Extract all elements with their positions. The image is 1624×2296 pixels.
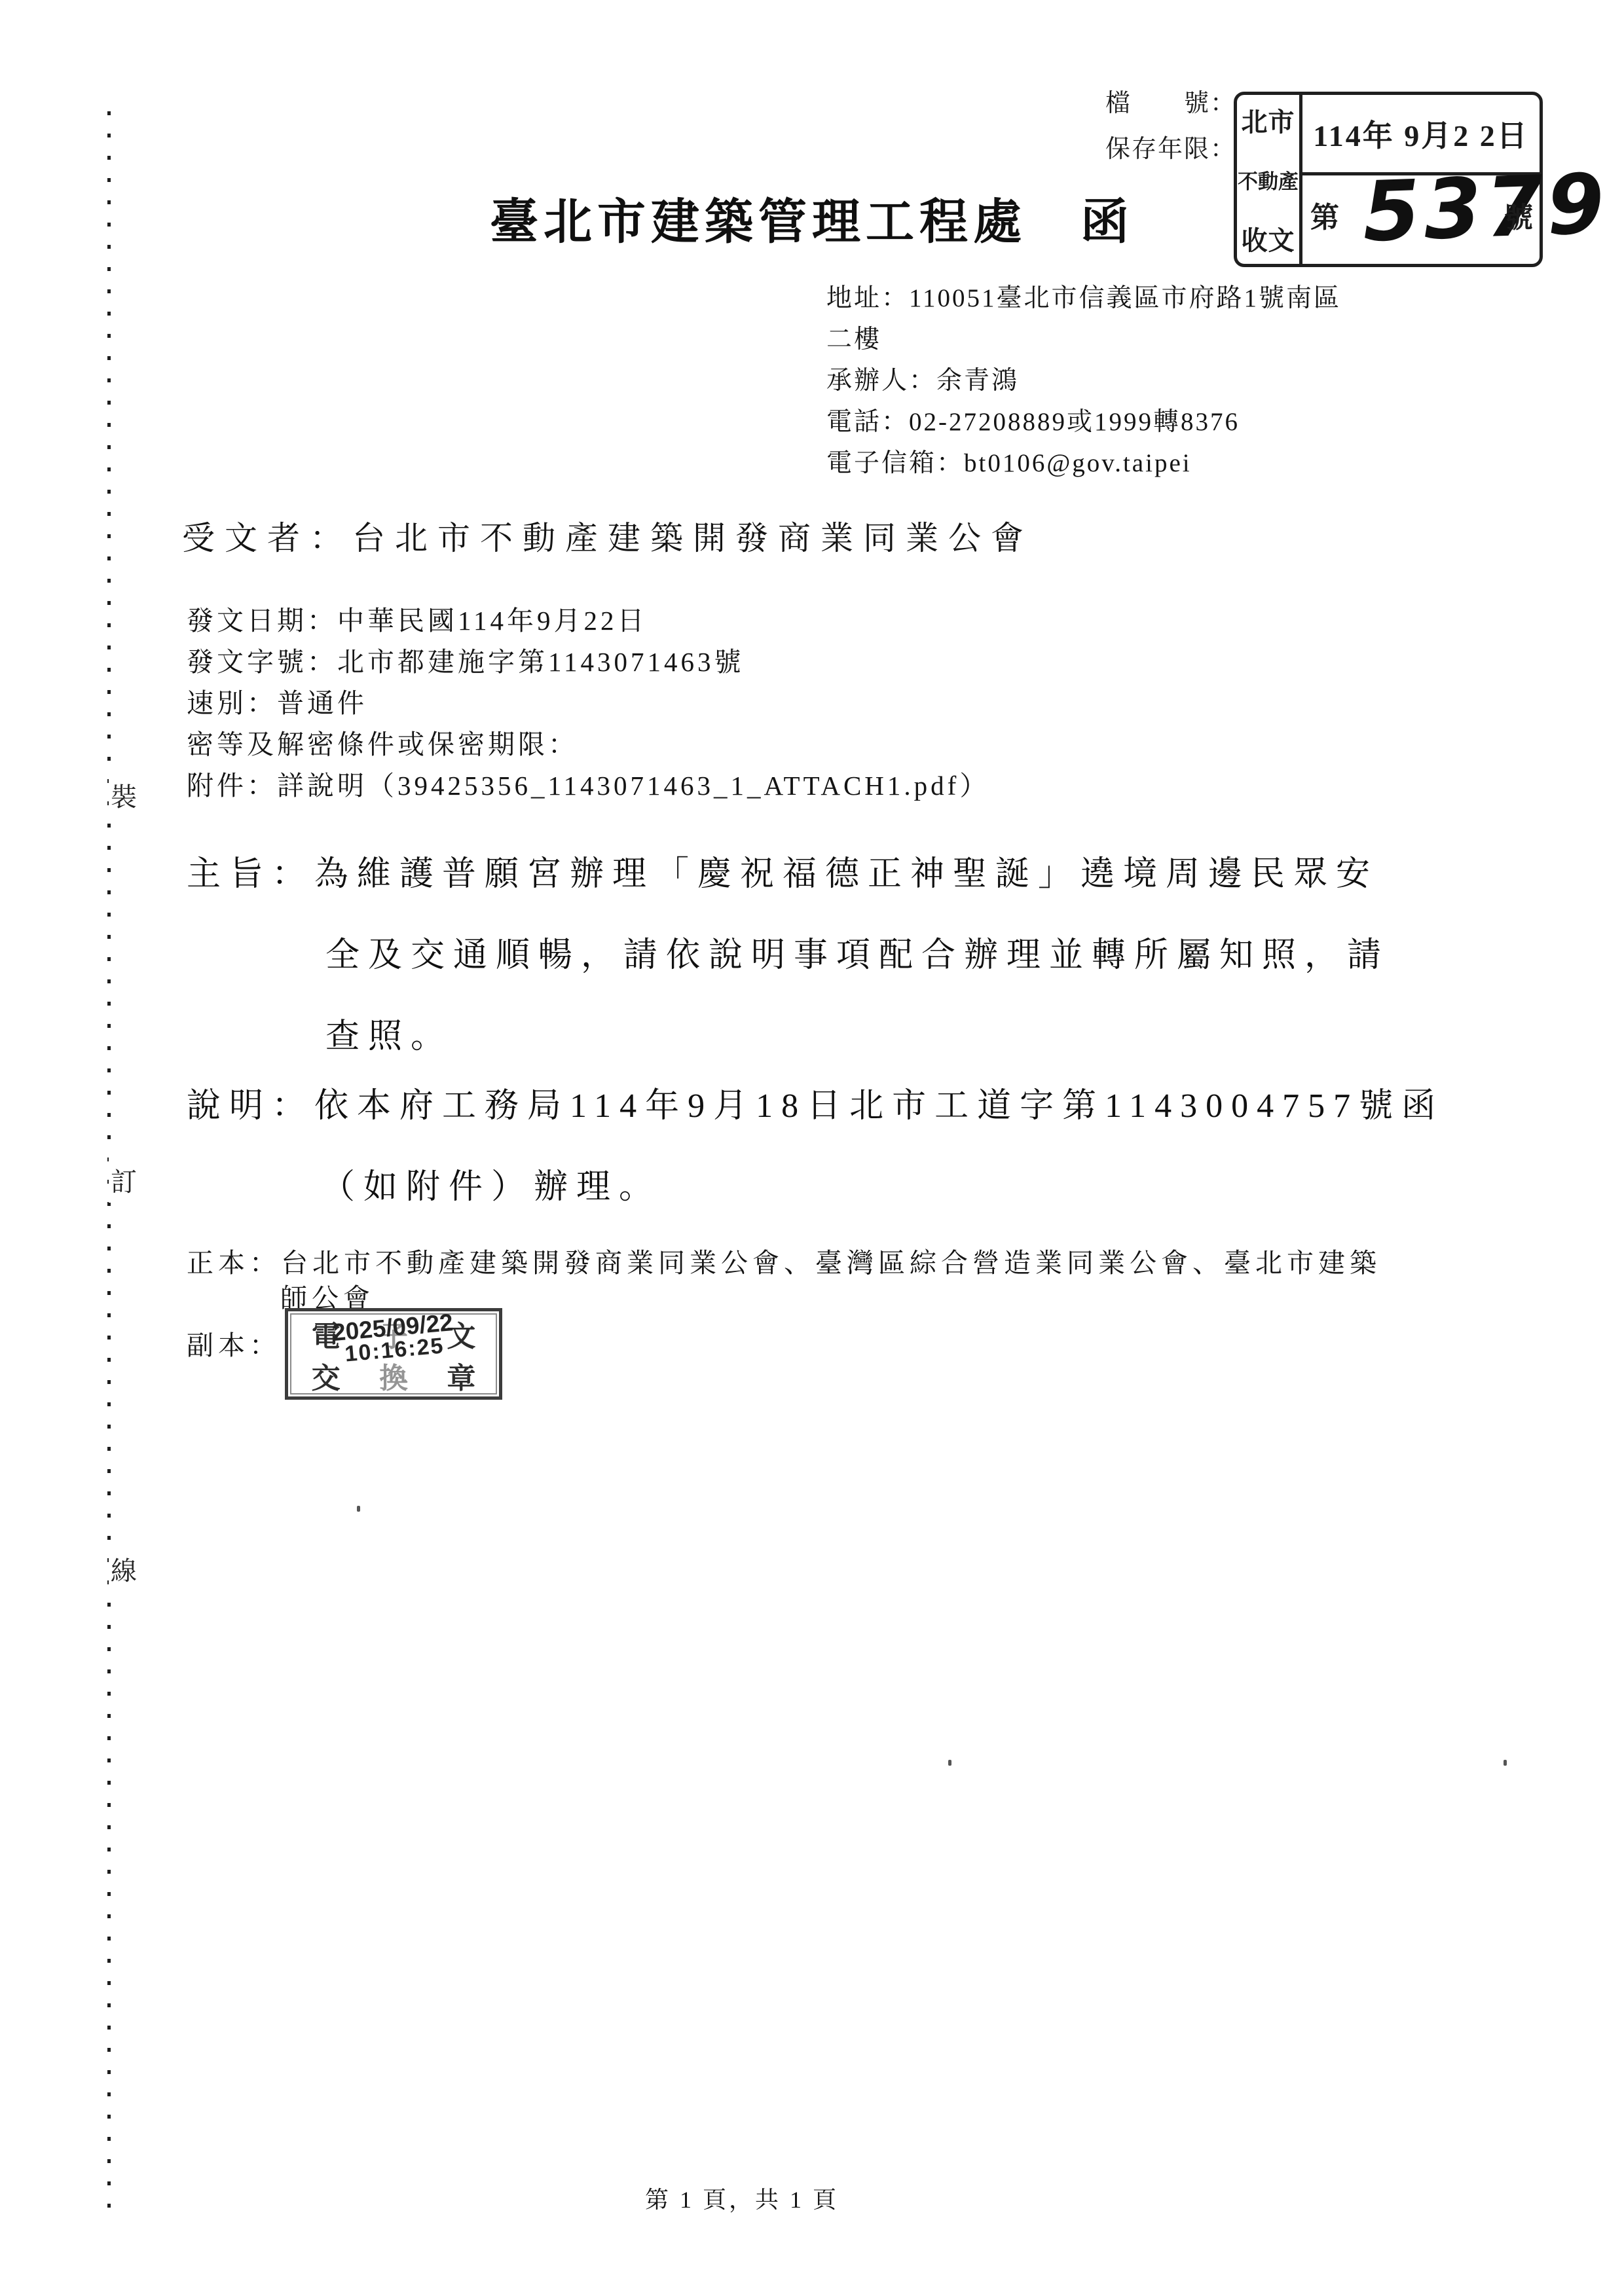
binding-char-xian: 線 [109,1546,139,1592]
binding-char-ding: 訂 [109,1157,139,1203]
meta-attachment: 附件：詳說明（39425356_1143071463_1_ATTACH1.pdf… [187,764,989,803]
sender-email: 電子信箱：bt0106@gov.taipei [826,443,1192,479]
recipient-line: 受文者：台北市不動產建築開發商業同業公會 [182,512,1033,559]
receipt-stamp-org-line1: 北市 [1242,101,1295,139]
retention-period-label: 保存年限： [1105,128,1236,164]
meta-priority: 速別：普通件 [187,682,367,720]
subject-line2: 全及交通順暢，請依說明事項配合辦理並轉所屬知照，請 [325,927,1390,976]
sender-address-line1: 地址：110051臺北市信義區市府路1號南區 [826,278,1341,314]
sender-contact-person: 承辦人：余青鴻 [826,360,1019,397]
sender-address-line2: 二樓 [826,319,881,355]
scan-noise-speck [1504,1760,1507,1766]
meta-doc-number: 發文字號：北市都建施字第1143071463號 [187,640,744,679]
explanation-line1: 說明：依本府工務局114年9月18日北市工道字第1143004757號函 [187,1078,1444,1127]
exchange-stamp-char: 章 [447,1355,475,1396]
binding-char-zhuang: 裝 [109,773,139,818]
electronic-exchange-stamp: 電 子 文 交 換 章 2025/09/22 10:16:25 [285,1308,502,1400]
original-copy-line1: 正本：台北市不動產建築開發商業同業公會、臺灣區綜合營造業同業公會、臺北市建築 [187,1241,1381,1280]
scan-noise-speck [948,1760,951,1766]
subject-line1: 主旨：為維護普願宮辦理「慶祝福德正神聖誕」遶境周邊民眾安 [187,846,1378,895]
explanation-line2: （如附件）辦理。 [321,1159,661,1208]
page-indicator: 第 1 頁，共 1 頁 [645,2181,839,2215]
scanned-official-letter: 裝 訂 線 檔 號： 保存年限： 北市 不動產 收文 114年 9月2 2日 第… [0,0,1624,2296]
meta-issue-date: 發文日期：中華民國114年9月22日 [187,599,647,638]
sender-phone: 電話：02-27208889或1999轉8376 [826,401,1240,438]
subject-line3: 查照。 [325,1008,453,1057]
cc-label: 副本： [187,1324,281,1362]
scan-noise-speck [357,1506,360,1512]
document-title: 臺北市建築管理工程處 函 [0,183,1624,253]
meta-security: 密等及解密條件或保密期限： [187,723,578,761]
file-number-label: 檔 號： [1105,82,1236,118]
